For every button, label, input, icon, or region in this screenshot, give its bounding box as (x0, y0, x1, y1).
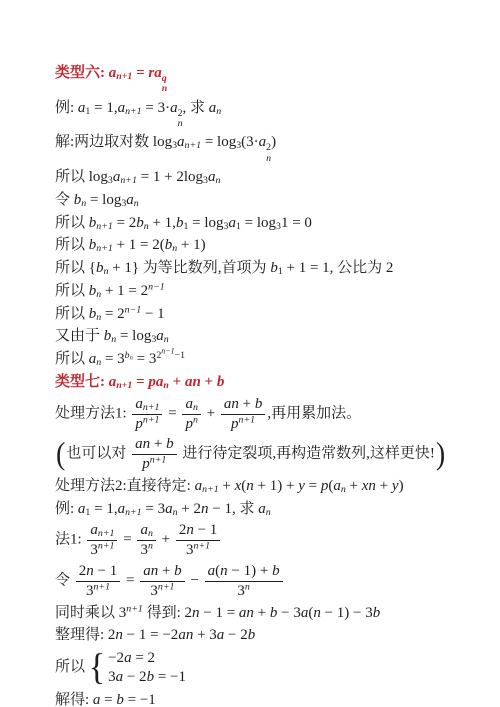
text-run: 进行待定裂项,再构造常数列,这样更快! (179, 446, 435, 462)
text-run: 所以 { (55, 260, 96, 276)
text-run: + (346, 478, 362, 494)
math-var: an (143, 563, 158, 579)
text-run: − (187, 573, 203, 589)
text-run: = 3· (142, 100, 170, 116)
subscript: n+1 (120, 175, 137, 186)
type7-method-1: 处理方法1: an+1pn+1 = anpn + an + bpn+1,再用累加… (55, 396, 490, 433)
math-var: a (165, 501, 173, 517)
text-run: 所以 log (55, 169, 108, 185)
fraction-numerator: an (137, 522, 155, 541)
fraction-numerator: an+1 (87, 522, 117, 541)
math-var: a (118, 100, 126, 116)
cases-group: {−2a = 23a − 2b = −1 (89, 649, 186, 687)
math-var: n (86, 563, 94, 579)
math-var: b (270, 260, 278, 276)
text-run: − 1, 求 (209, 501, 259, 517)
stacked-subscript: n (266, 154, 271, 164)
text-run: = (119, 532, 135, 548)
type6-step-8: 所以 bn = 2n−1 − 1 (55, 305, 490, 324)
subscript: n (215, 175, 220, 186)
math-var: b (373, 605, 381, 621)
text-run: = 2 (113, 215, 136, 231)
math-var: an (185, 374, 201, 390)
type6-step-take-log: 解:两边取对数 log3an+1 = log3(3·a2n) (55, 133, 490, 164)
text-run: = 2 (132, 650, 155, 666)
fraction-denominator: 3n+1 (87, 541, 117, 559)
text-run: 1 = 0 (281, 215, 312, 231)
superscript: n+1 (126, 603, 143, 614)
subscript: n (148, 528, 153, 539)
text-run: 处理方法1: (55, 405, 130, 421)
text-run: 类型七: (55, 374, 109, 390)
fraction: an + bpn+1 (132, 436, 176, 473)
heading-type-7: 类型七: an+1 = pan + an + b (55, 373, 490, 392)
fraction-denominator: 3n (234, 582, 252, 600)
text-run: = (305, 478, 321, 494)
type7-method-1-note: (也可以对 an + bpn+1 进行待定裂项,再构造常数列,这样更快!) (55, 436, 490, 473)
cases-row: −2a = 2 (108, 649, 186, 668)
math-var: n (220, 563, 228, 579)
fraction: an + b3n+1 (140, 563, 184, 600)
text-run: + 1, (149, 215, 176, 231)
subscript: n+1 (98, 528, 115, 539)
type7-step-5: 所以 {−2a = 23a − 2b = −1 (55, 649, 490, 687)
text-run: − 1) + (228, 563, 272, 579)
text-run: ) (271, 134, 276, 150)
fraction: an+1pn+1 (132, 396, 162, 433)
text-run: ) (399, 478, 404, 494)
math-var: y (298, 478, 305, 494)
text-run: 例: (55, 501, 78, 517)
fraction-numerator: an + b (221, 396, 265, 415)
document-body: 类型六: an+1 = raqn例: a1 = 1,an+1 = 3·a2n, … (55, 64, 490, 707)
text-run: 令 (55, 192, 74, 208)
text-run: + (158, 563, 174, 579)
math-var: pa (148, 374, 163, 390)
text-run: 所以 (55, 283, 89, 299)
math-var: a (126, 192, 134, 208)
superscript: n+1 (194, 541, 211, 552)
type6-step-7: 所以 bn + 1 = 2n−1 (55, 282, 490, 301)
sup-sub-stack: qn (162, 74, 168, 95)
fraction: a(n − 1) + b3n (205, 563, 283, 600)
type7-step-2: 令 2n − 13n+1 = an + b3n+1 − a(n − 1) + b… (55, 563, 490, 600)
math-var: a (195, 478, 203, 494)
fraction-numerator: a(n − 1) + b (205, 563, 283, 582)
fraction: an3n (137, 522, 155, 559)
math-var: b (248, 627, 256, 643)
subscript: n (193, 402, 198, 413)
math-var: a (124, 650, 132, 666)
math-var: a (185, 396, 193, 412)
text-run: 例: (55, 100, 78, 116)
text-run: = (164, 405, 180, 421)
text-run: = (132, 374, 148, 390)
text-run: 3 (237, 583, 245, 599)
math-var: a (258, 501, 266, 517)
superscript: n (193, 414, 198, 425)
text-run: 得到: 2 (143, 605, 192, 621)
math-var: n (201, 501, 209, 517)
text-run: 类型六: (55, 65, 109, 81)
text-run: + 1) + (254, 478, 298, 494)
math-var: a (228, 215, 236, 231)
type6-step-4: 所以 bn+1 = 2bn + 1,b1 = log3a1 = log31 = … (55, 214, 490, 233)
math-var: b (272, 563, 280, 579)
type7-method-2: 处理方法2:直接待定: an+1 + x(n + 1) + y = p(an +… (55, 477, 490, 496)
text-run: + (239, 396, 255, 412)
type7-step-1: 法1: an+13n+1 = an3n + 2n − 13n+1 (55, 522, 490, 559)
subscript: n+1 (125, 106, 142, 117)
math-var: p (135, 416, 143, 432)
superscript: n−1 (125, 304, 142, 315)
text-run: 所以 (55, 351, 89, 367)
text-run: 所以 (55, 215, 89, 231)
math-var: n (313, 605, 321, 621)
text-run: 也可以对 (66, 446, 130, 462)
text-run: − 1 (194, 522, 217, 538)
subscript: n (266, 507, 271, 518)
subscript: n+1 (116, 380, 132, 391)
math-var: b (174, 563, 182, 579)
text-run: = −1 (154, 669, 186, 685)
text-run: 3 (108, 669, 116, 685)
text-run: − 1 (94, 563, 117, 579)
heading-type-6: 类型六: an+1 = raqn (55, 64, 490, 95)
text-run: 所以 (55, 306, 89, 322)
math-var: n (246, 478, 254, 494)
text-run: + (376, 478, 392, 494)
text-run: 令 (55, 573, 74, 589)
superscript: n+1 (98, 541, 115, 552)
text-run: 所以 (55, 237, 89, 253)
text-run: = log (188, 215, 223, 231)
subscript: n (134, 198, 139, 209)
math-var: b (116, 692, 124, 707)
subscript: n (216, 106, 221, 117)
fraction: 2n − 13n+1 (76, 563, 120, 600)
text-run: 同时乘以 3 (55, 605, 126, 621)
superscript: n+1 (150, 455, 167, 466)
text-run: = 1 + 2log (137, 169, 203, 185)
fraction-denominator: pn+1 (132, 415, 162, 433)
text-run: 法1: (55, 532, 85, 548)
superscript: n (245, 581, 250, 592)
text-run: = log (86, 192, 121, 208)
type7-answer: 解得: a = b = −1 (55, 691, 490, 707)
superscript: bn (125, 350, 133, 361)
math-var: p (231, 416, 239, 432)
math-var: a (90, 522, 98, 538)
text-run: 3 (140, 542, 148, 558)
math-var: n (186, 522, 194, 538)
subscript: n+1 (125, 507, 142, 518)
math-var: a (118, 501, 126, 517)
type7-example: 例: a1 = 1,an+1 = 3an + 2n − 1, 求 an (55, 500, 490, 519)
text-run: − 1 (141, 306, 164, 322)
math-var: a (140, 522, 148, 538)
text-run: = 3 (101, 351, 124, 367)
text-run: + (158, 532, 174, 548)
text-run: 整理得: 2 (55, 627, 115, 643)
subscript: n (164, 334, 169, 345)
text-run: = 2 (101, 306, 124, 322)
type6-step-9: 又由于 bn = log3an (55, 327, 490, 346)
superscript: n−1 (161, 346, 174, 355)
text-run: + 3 (193, 627, 216, 643)
text-run: = (132, 65, 148, 81)
math-var: a (135, 396, 143, 412)
text-run: = 1, (90, 501, 117, 517)
fraction-numerator: an + b (140, 563, 184, 582)
superscript: n+1 (143, 414, 160, 425)
math-var: b (166, 436, 174, 452)
text-run: + 2 (178, 501, 201, 517)
math-var: an (239, 605, 254, 621)
type6-step-6: 所以 {bn + 1} 为等比数列,首项为 b1 + 1 = 1, 公比为 2 (55, 259, 490, 278)
math-var: xn (362, 478, 376, 494)
text-run: −2 (108, 650, 124, 666)
math-var: y (392, 478, 399, 494)
big-paren-glyph: ) (436, 438, 445, 470)
math-var: p (185, 416, 193, 432)
math-var: ra (148, 65, 161, 81)
document-page: 类型六: an+1 = raqn例: a1 = 1,an+1 = 3·a2n, … (0, 0, 500, 707)
math-var: n (115, 627, 123, 643)
text-run: = 1, (90, 100, 117, 116)
math-var: b (255, 396, 263, 412)
text-run: + 1 = 2 (101, 283, 148, 299)
fraction-denominator: pn+1 (139, 455, 169, 473)
fraction: an + bpn+1 (221, 396, 265, 433)
text-run: −1 (175, 350, 186, 361)
text-run: − 1 = −2 (123, 627, 178, 643)
math-var: an (135, 436, 150, 452)
subscript: n+1 (96, 243, 113, 254)
text-run: + 1) (177, 237, 205, 253)
text-run: + (254, 605, 270, 621)
text-run: + (201, 374, 217, 390)
math-var: a (156, 328, 164, 344)
text-run: 3 (90, 542, 98, 558)
math-var: an (224, 396, 239, 412)
stacked-subscript: n (162, 84, 168, 94)
text-run: = −1 (124, 692, 156, 707)
text-run: 又由于 (55, 328, 104, 344)
subscript: n+1 (143, 402, 160, 413)
text-run: + 1 = 2( (113, 237, 165, 253)
fraction-denominator: 3n+1 (183, 541, 213, 559)
big-paren-glyph: ( (56, 438, 65, 470)
text-run: = (100, 692, 116, 707)
text-run: − 1 = (199, 605, 238, 621)
text-run: − 2 (224, 627, 247, 643)
fraction-numerator: an + b (132, 436, 176, 455)
math-var: a (177, 134, 185, 150)
text-run: − 2 (123, 669, 146, 685)
math-var: an (178, 627, 193, 643)
type6-step-5: 所以 bn+1 + 1 = 2(bn + 1) (55, 236, 490, 255)
fraction: an+13n+1 (87, 522, 117, 559)
math-var: a (116, 669, 124, 685)
superscript: 2n−1−1 (156, 350, 185, 361)
fraction-numerator: 2n − 1 (76, 563, 120, 582)
fraction-denominator: 3n+1 (147, 582, 177, 600)
superscript: n−1 (148, 282, 165, 293)
fraction-denominator: 3n (137, 541, 155, 559)
fraction-denominator: pn+1 (228, 415, 258, 433)
text-run: = log (116, 328, 151, 344)
text-run: 3 (186, 542, 194, 558)
text-run: 处理方法2:直接待定: (55, 478, 195, 494)
superscript: n (148, 541, 153, 552)
math-var: b (136, 215, 144, 231)
text-run: + 1 = 1, 公比为 2 (283, 260, 394, 276)
text-run: = log (201, 134, 236, 150)
math-var: a (170, 100, 178, 116)
fraction-denominator: pn (182, 415, 200, 433)
type7-step-4: 整理得: 2n − 1 = −2an + 3a − 2b (55, 626, 490, 645)
subscript: n+1 (116, 71, 132, 82)
math-var: p (142, 456, 150, 472)
stacked-subscript: n (178, 119, 183, 129)
type6-answer: 所以 an = 3bn = 32n−1−1 (55, 350, 490, 369)
math-var: a (333, 478, 341, 494)
text-run: + (150, 436, 166, 452)
subscript: n+1 (96, 221, 113, 232)
text-run: − 1) − 3 (321, 605, 373, 621)
text-run: ,再用累加法。 (267, 405, 361, 421)
text-run: 解:两边取对数 log (55, 134, 172, 150)
superscript: n+1 (239, 414, 256, 425)
text-run: 所以 (55, 659, 89, 675)
superscript: n+1 (158, 581, 175, 592)
type6-step-2: 所以 log3an+1 = 1 + 2log3an (55, 168, 490, 187)
superscript: n+1 (93, 581, 110, 592)
text-run: , 求 (183, 100, 209, 116)
subscript: n+1 (185, 140, 202, 151)
fraction-denominator: 3n+1 (83, 582, 113, 600)
text-run: = (122, 573, 138, 589)
text-run: + (219, 478, 235, 494)
text-run: (3· (241, 134, 259, 150)
fraction: anpn (182, 396, 200, 433)
fraction-numerator: 2n − 1 (176, 522, 220, 541)
text-run: + (203, 405, 219, 421)
text-run: = 3 (133, 351, 156, 367)
text-run: 解得: (55, 692, 93, 707)
text-run: + (169, 374, 185, 390)
fraction: 2n − 13n+1 (176, 522, 220, 559)
math-var: b (217, 374, 225, 390)
text-run: + 1} 为等比数列,首项为 (108, 260, 270, 276)
text-run: − 3 (277, 605, 300, 621)
type6-example: 例: a1 = 1,an+1 = 3·a2n, 求 an (55, 99, 490, 130)
fraction-numerator: an (182, 396, 200, 415)
subscript: n+1 (202, 484, 219, 495)
text-run: = 3 (142, 501, 165, 517)
type6-step-3: 令 bn = log3an (55, 191, 490, 210)
math-var: b (147, 669, 155, 685)
math-var: a (259, 134, 267, 150)
text-run: 3 (150, 583, 158, 599)
text-run: = log (241, 215, 276, 231)
type7-step-3: 同时乘以 3n+1 得到: 2n − 1 = an + b − 3a(n − 1… (55, 604, 490, 623)
cases-rows: −2a = 23a − 2b = −1 (108, 649, 186, 687)
left-brace-glyph: { (89, 649, 105, 686)
cases-row: 3a − 2b = −1 (108, 668, 186, 687)
fraction-numerator: an+1 (132, 396, 162, 415)
